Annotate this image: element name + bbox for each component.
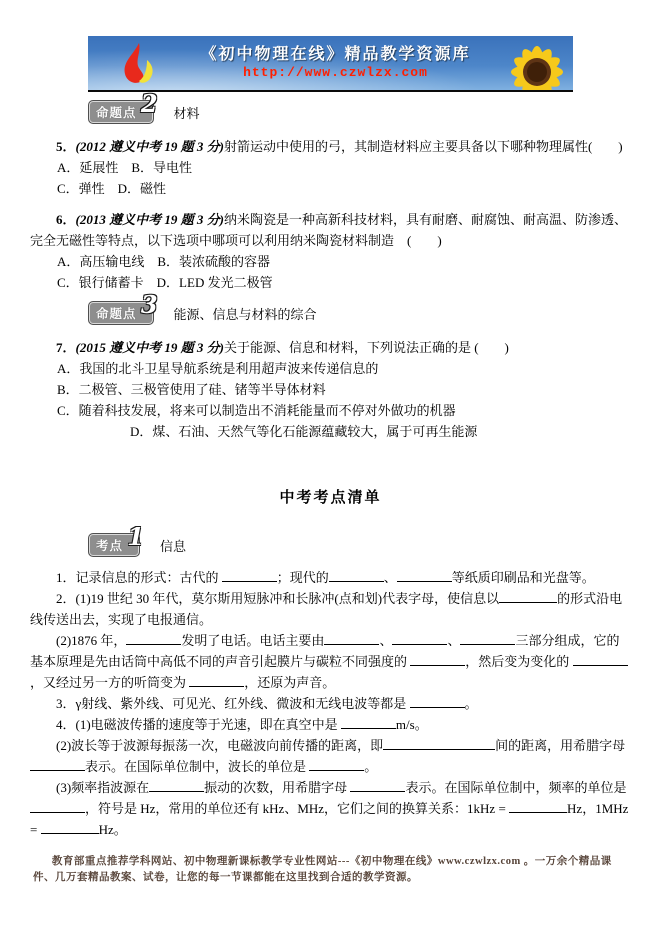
marker-label: 材料 — [174, 103, 200, 122]
checklist-item-2-2: (2)1876 年，发明了电话。电话主要由、、三部分组成，它的基本原理是先由话筒… — [30, 630, 631, 693]
site-logo-icon — [114, 42, 166, 88]
question-7-option-b: B．二极管、三极管使用了硅、锗等半导体材料 — [57, 379, 631, 400]
question-7-option-d: D．煤、石油、天然气等化石能源蕴藏较大，属于可再生能源 — [130, 421, 631, 442]
footer-note: 教育部重点推荐学科网站、初中物理新课标教学专业性网站---《初中物理在线》www… — [33, 854, 633, 886]
blank-line — [329, 569, 384, 582]
blank-line — [397, 569, 452, 582]
question-6-number: 6． — [56, 212, 76, 227]
blank-line — [309, 758, 364, 771]
badge-text: 命题点 — [96, 106, 137, 120]
checklist-item-4-1: 4．(1)电磁波传播的速度等于光速，即在真空中是 m/s。 — [30, 714, 631, 735]
badge-number: 1 — [127, 525, 145, 549]
question-7-number: 7． — [56, 340, 76, 355]
question-5-options-row-1: A．延展性 B．导电性 — [57, 157, 631, 178]
blank-line — [350, 779, 405, 792]
question-7-stem: 7．(2015 遵义中考 19 题 3 分)关于能源、信息和材料，下列说法正确的… — [30, 337, 631, 358]
blank-line — [573, 653, 628, 666]
checklist-item-4-2: (2)波长等于波源每振荡一次，电磁波向前传播的距离，即间的距离，用希腊字母 表示… — [30, 735, 631, 777]
question-7-section: 7．(2015 遵义中考 19 题 3 分)关于能源、信息和材料，下列说法正确的… — [0, 337, 661, 507]
question-6-options-row-1: A．高压输电线 B．装浓硫酸的容器 — [57, 251, 631, 272]
blank-line — [383, 737, 495, 750]
question-7-text: 关于能源、信息和材料，下列说法正确的是 ( ) — [224, 340, 509, 355]
blank-line — [30, 758, 85, 771]
badge-number: 2 — [141, 92, 159, 116]
questions-section: 5．(2012 遵义中考 19 题 3 分)射箭运动中使用的弓，其制造材料应主要… — [0, 136, 661, 293]
site-url: http://www.czwlzx.com — [168, 65, 503, 80]
question-6-source: (2013 遵义中考 19 题 3 分) — [76, 212, 224, 227]
blank-line — [189, 674, 244, 687]
question-7-source: (2015 遵义中考 19 题 3 分) — [76, 340, 224, 355]
site-title: 《初中物理在线》精品教学资源库 — [168, 41, 503, 64]
mingtidian-2-badge: 命题点 2 — [88, 100, 154, 124]
header-banner-wrap: 《初中物理在线》精品教学资源库 http://www.czwlzx.com — [88, 36, 573, 92]
question-6-stem: 6．(2013 遵义中考 19 题 3 分)纳米陶瓷是一种高新科技材料，具有耐磨… — [30, 209, 631, 251]
section-marker-mingtidian-2: 命题点 2 材料 — [88, 100, 661, 124]
question-7-option-c: C．随着科技发展，将来可以制造出不消耗能量而不停对外做功的机器 — [57, 400, 631, 421]
blank-line — [324, 632, 379, 645]
badge-text: 命题点 — [96, 307, 137, 321]
checklist-heading: 中考考点清单 — [30, 486, 631, 507]
header-banner: 《初中物理在线》精品教学资源库 http://www.czwlzx.com — [88, 36, 573, 92]
section-marker-kaodian-1: 考点 1 信息 — [88, 533, 661, 557]
checklist-item-1: 1．记录信息的形式：古代的 ；现代的、等纸质印刷品和光盘等。 — [30, 567, 631, 588]
blank-line — [392, 632, 447, 645]
blank-line — [30, 800, 85, 813]
checklist-item-2-1: 2．(1)19 世纪 30 年代，莫尔斯用短脉冲和长脉冲(点和划)代表字母，使信… — [30, 588, 631, 630]
blank-line — [509, 800, 567, 813]
marker-label: 能源、信息与材料的综合 — [174, 304, 317, 323]
section-marker-mingtidian-3: 命题点 3 能源、信息与材料的综合 — [88, 301, 661, 325]
question-5-source: (2012 遵义中考 19 题 3 分) — [76, 139, 224, 154]
question-5-text: 射箭运动中使用的弓，其制造材料应主要具备以下哪种物理属性( ) — [224, 139, 623, 154]
kaodian-1-badge: 考点 1 — [88, 533, 140, 557]
blank-line — [222, 569, 277, 582]
blank-line — [410, 695, 465, 708]
question-5-stem: 5．(2012 遵义中考 19 题 3 分)射箭运动中使用的弓，其制造材料应主要… — [30, 136, 631, 157]
question-7-option-a: A．我国的北斗卫星导航系统是利用超声波来传递信息的 — [57, 358, 631, 379]
worksheet-page: 《初中物理在线》精品教学资源库 http://www.czwlzx.com — [0, 0, 661, 936]
checklist-item-4-3: (3)频率指波源在振动的次数，用希腊字母 表示。在国际单位制中，频率的单位是 ，… — [30, 777, 631, 840]
blank-line — [341, 716, 396, 729]
mingtidian-3-badge: 命题点 3 — [88, 301, 154, 325]
question-5-options-row-2: C．弹性 D．磁性 — [57, 178, 631, 199]
checklist-section: 1．记录信息的形式：古代的 ；现代的、等纸质印刷品和光盘等。 2．(1)19 世… — [0, 567, 661, 840]
question-5-number: 5． — [56, 139, 76, 154]
blank-line — [149, 779, 204, 792]
blank-line — [499, 590, 557, 603]
blank-line — [410, 653, 465, 666]
blank-line — [41, 821, 99, 834]
blank-line — [126, 632, 181, 645]
marker-label: 信息 — [160, 536, 186, 555]
checklist-item-3: 3．γ射线、紫外线、可见光、红外线、微波和无线电波等都是 。 — [30, 693, 631, 714]
badge-text: 考点 — [96, 539, 123, 553]
blank-line — [460, 632, 515, 645]
sunflower-image — [485, 38, 573, 92]
badge-number: 3 — [141, 293, 159, 317]
